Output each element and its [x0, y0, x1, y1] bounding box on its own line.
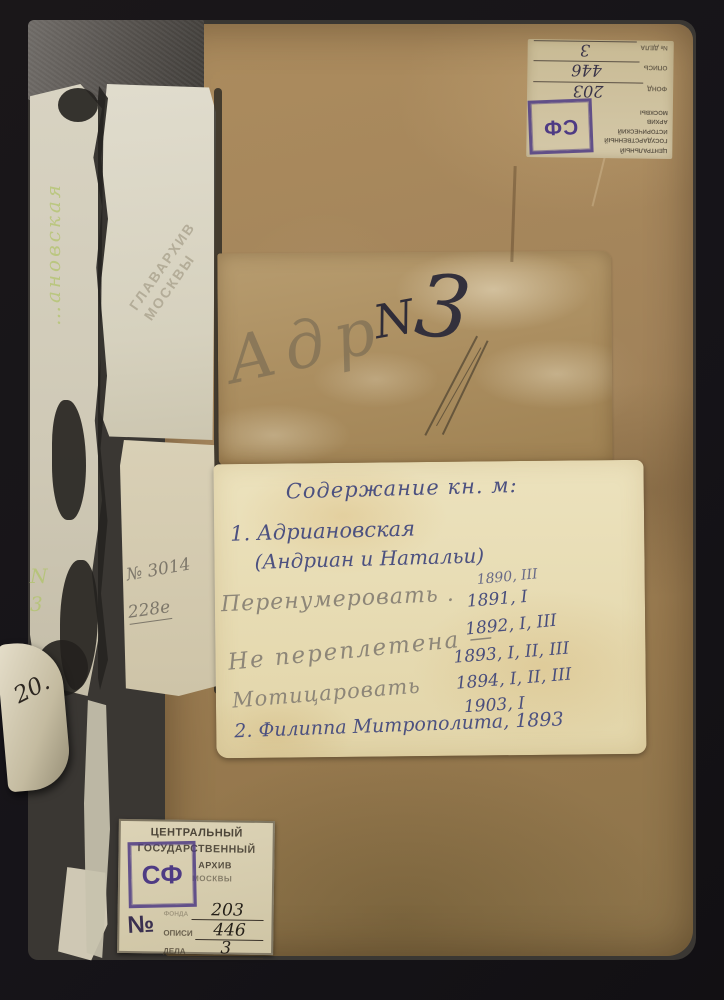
contents-item-1-subtitle: (Андриан и Натальи)	[254, 543, 484, 573]
flap-handwritten-number: 20.	[10, 669, 54, 709]
archive-label-bottom: ЦЕНТРАЛЬНЫЙ ГОСУДАРСТВЕННЫЙ АРХИВ МОСКВЫ…	[117, 819, 275, 955]
photo-backdrop: ГЛАВАРХИВ МОСКВЫ …ановская N 3 20. № 301…	[0, 0, 724, 1000]
opis-row: ОПИСЬ 446	[533, 60, 667, 82]
fond-value: 203	[533, 81, 643, 100]
archive-org-print: ЦЕНТРАЛЬНЫЙ ГОСУДАРСТВЕННЫЙ ИСТОРИЧЕСКИЙ…	[595, 105, 668, 154]
fond-label: ФОНД	[647, 83, 667, 92]
delo-value: 3	[188, 940, 263, 959]
archive-print-line: МОСКВЫ	[192, 874, 232, 884]
fond-row: ФОНДА 203	[164, 902, 264, 921]
contents-item-2: 2. Филиппа Митрополита, 1893	[234, 708, 564, 742]
delo-row: ДЕЛА 3	[163, 940, 263, 959]
org-line: МОСКВЫ	[596, 105, 668, 116]
delo-label: № ДЕЛА	[640, 42, 667, 51]
year-entry: 1891, I	[466, 587, 528, 612]
contents-label: Содержание кн. м: 1. Адриановская (Андри…	[213, 460, 646, 758]
contents-title: Содержание кн. м:	[285, 473, 518, 503]
spine-damage-blotch	[58, 88, 98, 122]
opis-label: ОПИСЬ	[644, 62, 668, 71]
pencil-note-unbound: Не переплетена —	[227, 624, 496, 676]
faint-pencil-scribble: Адр	[220, 292, 392, 399]
ink-letter-n: N	[369, 289, 418, 349]
number-label: Адр N 3	[217, 251, 612, 466]
pencil-note-3: Мотицаровать	[231, 674, 421, 713]
fond-value: 203	[191, 902, 264, 921]
numero-sign: №	[127, 911, 155, 940]
opis-value: 446	[533, 60, 639, 78]
delo-label: ДЕЛА	[163, 947, 186, 958]
org-line: ИСТОРИЧЕСКИЙ АРХИВ	[596, 115, 668, 135]
year-entry: 1890, III	[476, 566, 538, 588]
spine-paper-strip-inner: ГЛАВАРХИВ МОСКВЫ	[100, 84, 216, 440]
pencil-note-renumber: Перенумеровать .	[220, 582, 455, 618]
delo-value: 3	[534, 40, 637, 58]
delo-row: № ДЕЛА 3	[534, 40, 668, 62]
ink-digit-3: 3	[411, 255, 475, 360]
fond-label: ФОНДА	[164, 911, 189, 920]
fond-row: ФОНД 203	[533, 81, 667, 103]
contents-item-1: 1. Адриановская	[230, 517, 415, 546]
spine-green-number: N 3	[30, 562, 56, 618]
insurance-fund-stamp: СФ	[127, 841, 196, 908]
org-line: ГОСУДАРСТВЕННЫЙ	[595, 134, 667, 145]
year-entry: 1894, I, II, III	[455, 665, 572, 694]
insurance-fund-stamp: СФ	[528, 98, 594, 154]
opis-label: ОПИСИ	[163, 929, 192, 940]
org-line: ЦЕНТРАЛЬНЫЙ	[595, 143, 667, 154]
archive-label-top: ЦЕНТРАЛЬНЫЙ ГОСУДАРСТВЕННЫЙ ИСТОРИЧЕСКИЙ…	[526, 39, 674, 159]
opis-row: ОПИСИ 446	[163, 922, 263, 941]
archive-print-line: ЦЕНТРАЛЬНЫЙ	[121, 826, 273, 840]
archive-print-line: АРХИВ	[198, 860, 232, 870]
spine-green-inscription: …ановская	[41, 144, 69, 364]
